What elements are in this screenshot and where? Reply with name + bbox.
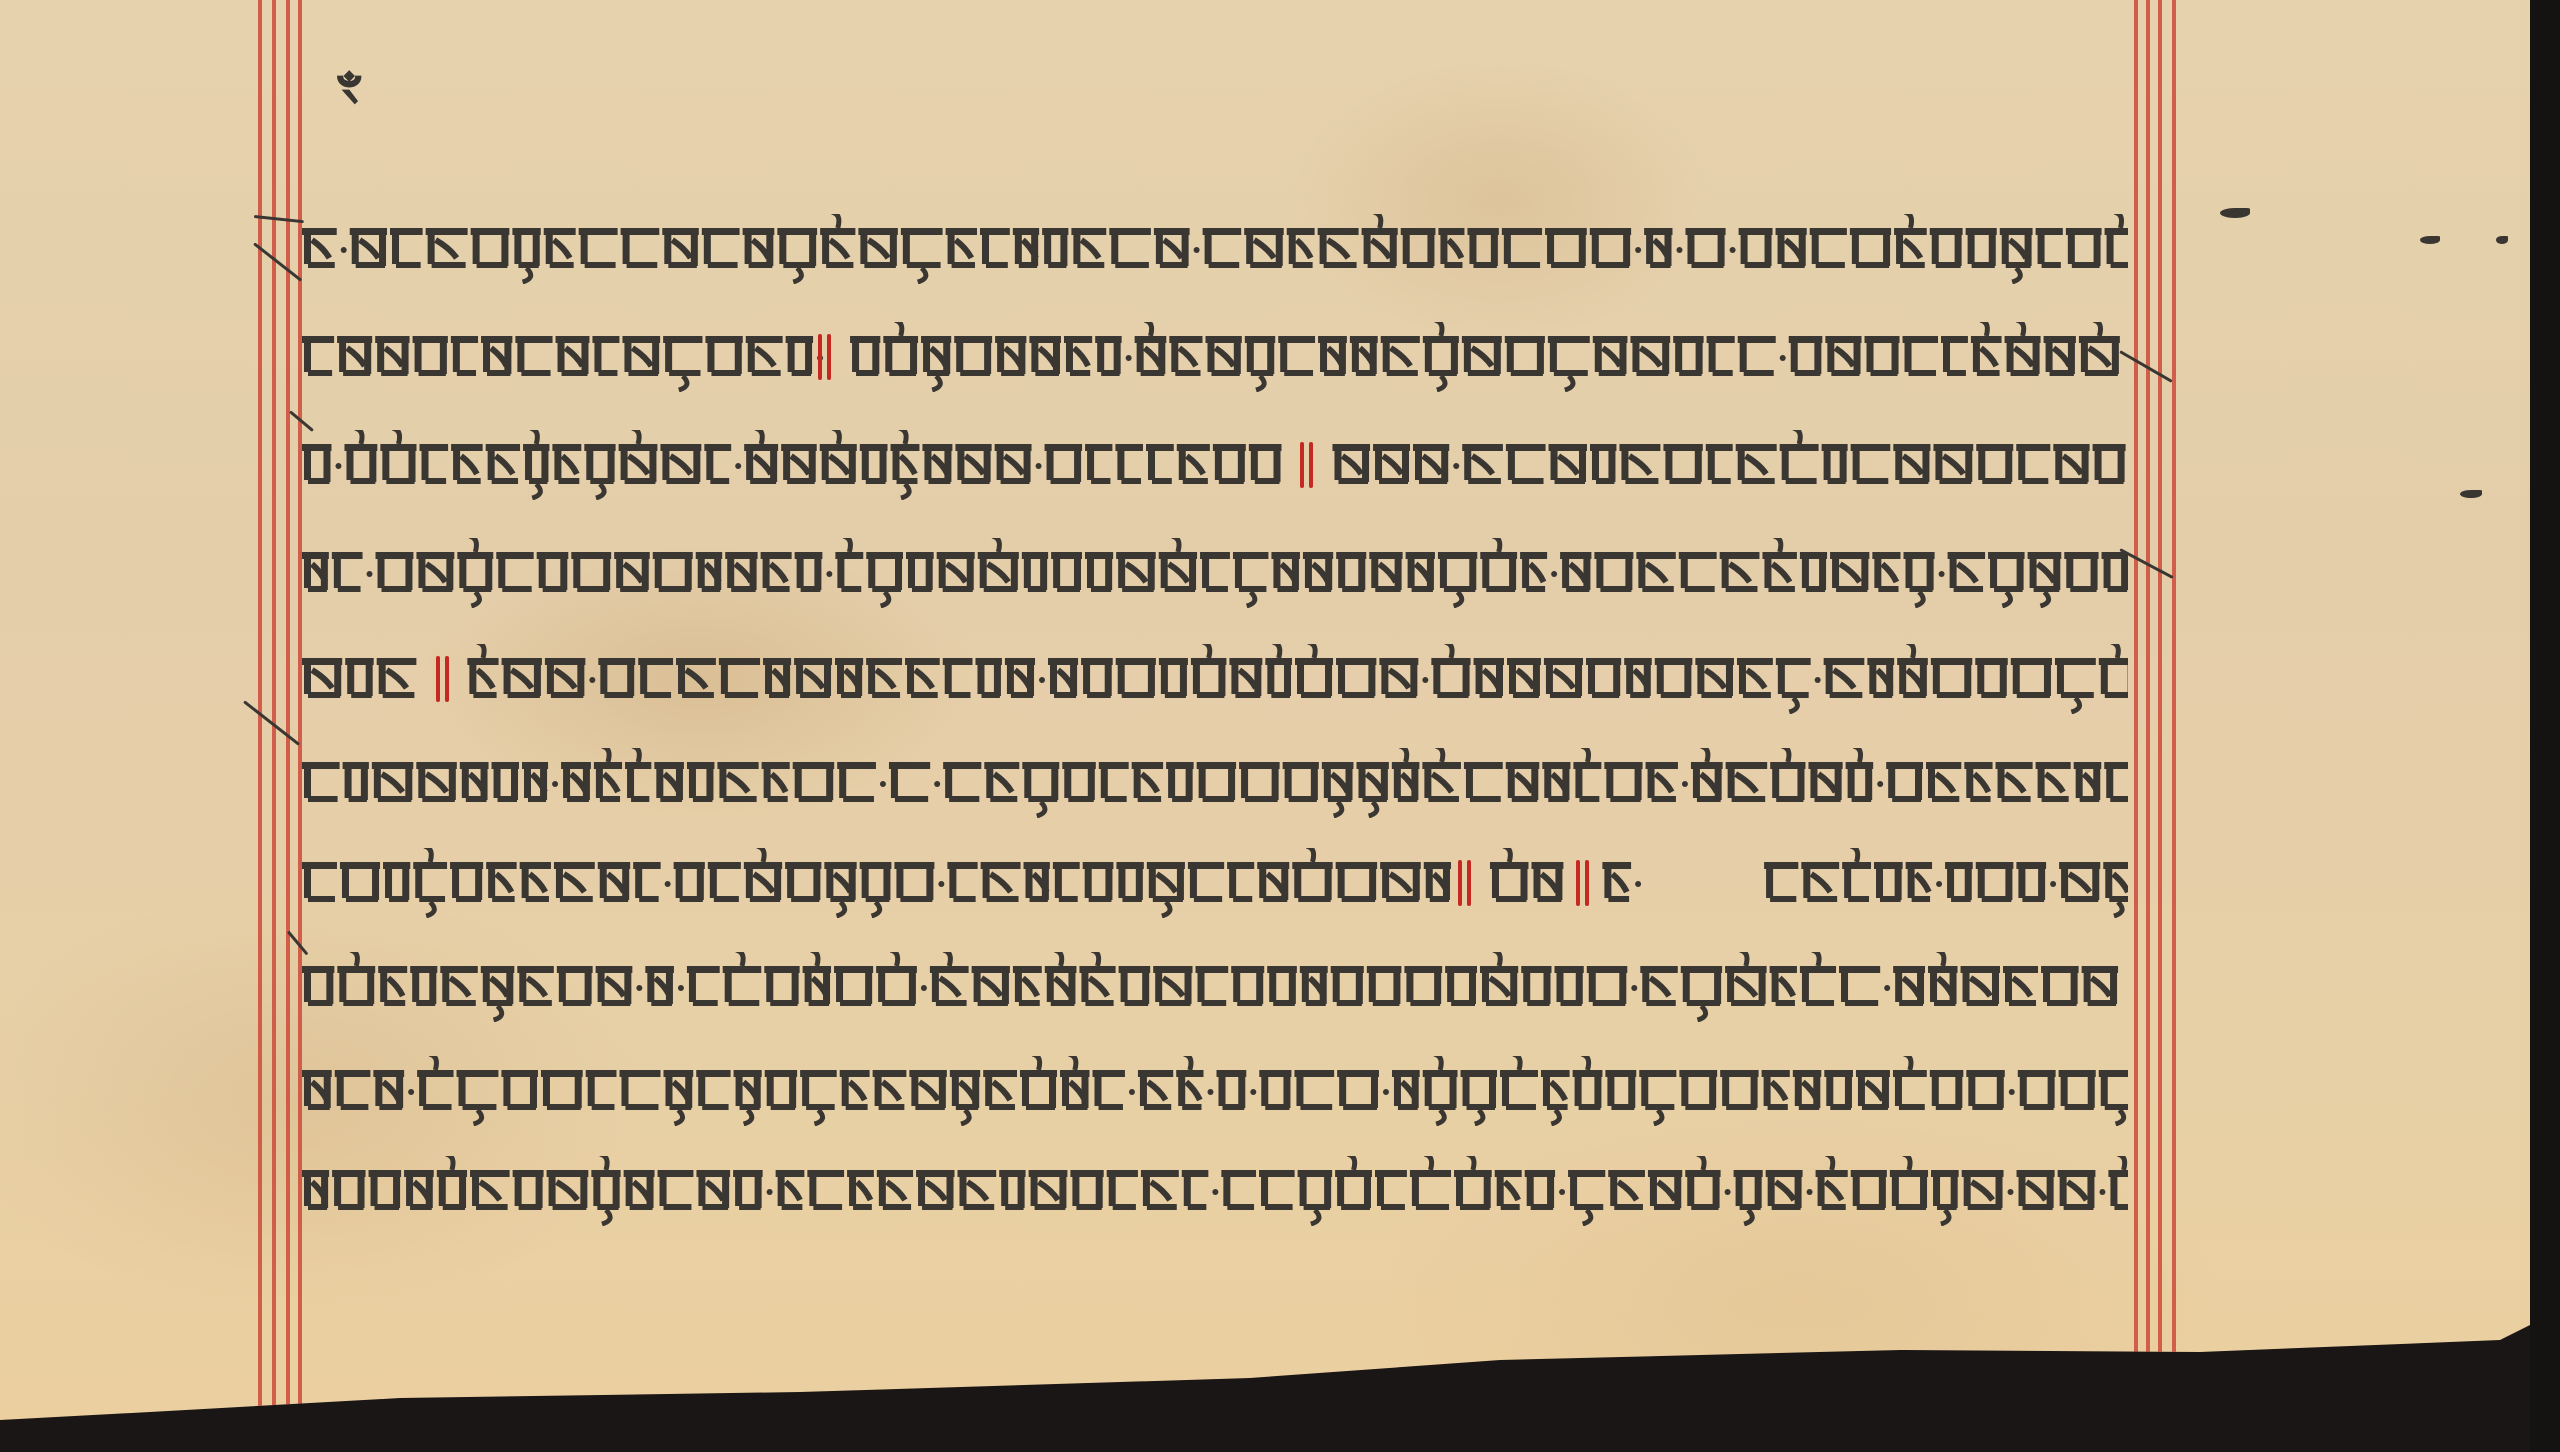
margin-rule-line xyxy=(286,0,290,1420)
script-line xyxy=(298,748,2128,818)
ink-mark xyxy=(2460,490,2482,498)
red-double-danda xyxy=(436,656,450,706)
script-glyphs xyxy=(298,214,2128,284)
script-line xyxy=(298,430,2128,500)
margin-rule-line xyxy=(2146,0,2150,1420)
margin-rule-line xyxy=(272,0,276,1420)
script-line xyxy=(298,1056,2128,1126)
red-double-danda xyxy=(818,334,832,384)
ink-mark xyxy=(2496,236,2508,244)
red-double-danda xyxy=(1458,860,1472,910)
ink-mark xyxy=(2420,236,2440,244)
script-glyphs xyxy=(298,1056,2128,1126)
folio-number: ꣳ xyxy=(338,58,360,128)
script-glyphs xyxy=(298,430,2128,500)
script-line xyxy=(298,952,2128,1022)
script-glyphs xyxy=(298,538,2128,608)
script-glyphs xyxy=(298,1156,2128,1226)
red-double-danda xyxy=(1300,442,1314,492)
ink-mark xyxy=(2220,208,2250,218)
script-glyphs xyxy=(298,748,2128,818)
script-line xyxy=(298,644,2128,714)
script-line xyxy=(298,848,2128,918)
script-line xyxy=(298,322,2128,392)
script-line xyxy=(298,538,2128,608)
manuscript-folio: ꣳ xyxy=(0,0,2530,1430)
margin-rule-line xyxy=(2172,0,2176,1420)
script-glyphs xyxy=(298,644,2128,714)
background xyxy=(2530,0,2560,1452)
script-line xyxy=(298,1156,2128,1226)
margin-rule-line xyxy=(2158,0,2162,1420)
script-line xyxy=(298,214,2128,284)
script-glyphs xyxy=(298,848,2128,918)
margin-rule-line xyxy=(2134,0,2138,1420)
script-glyphs xyxy=(298,952,2128,1022)
red-double-danda xyxy=(1576,860,1590,910)
script-glyphs xyxy=(298,322,2128,392)
